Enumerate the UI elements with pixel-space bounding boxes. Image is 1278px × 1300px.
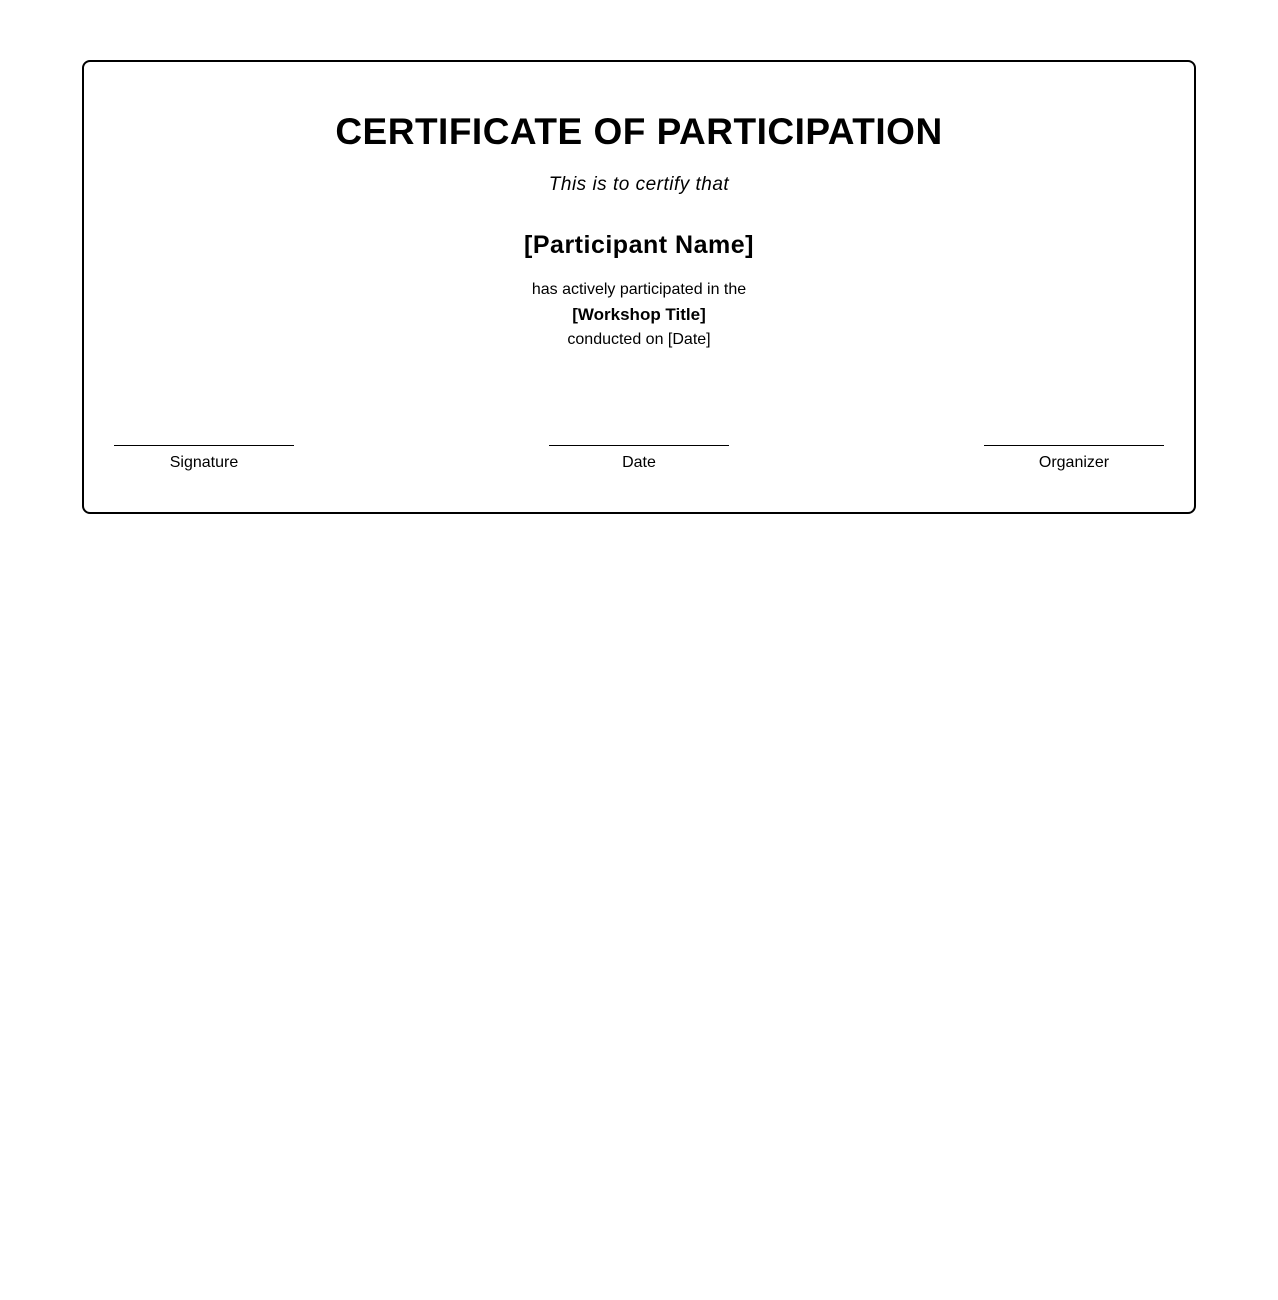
signature-label: Signature — [114, 454, 294, 472]
participant-name: [Participant Name] — [84, 229, 1194, 261]
organizer-block: Organizer — [984, 445, 1164, 472]
organizer-label: Organizer — [984, 454, 1164, 472]
date-line — [549, 445, 729, 446]
certificate-card: CERTIFICATE OF PARTICIPATION This is to … — [82, 60, 1196, 514]
workshop-title: [Workshop Title] — [84, 305, 1194, 325]
signature-row: Signature Date Organizer — [114, 445, 1164, 472]
conducted-date-text: conducted on [Date] — [84, 330, 1194, 350]
certificate-title: CERTIFICATE OF PARTICIPATION — [84, 110, 1194, 154]
signature-block: Signature — [114, 445, 294, 472]
organizer-line — [984, 445, 1164, 446]
signature-line — [114, 445, 294, 446]
certificate-subtitle: This is to certify that — [84, 173, 1194, 197]
participation-text: has actively participated in the — [84, 280, 1194, 300]
date-block: Date — [549, 445, 729, 472]
date-label: Date — [549, 454, 729, 472]
